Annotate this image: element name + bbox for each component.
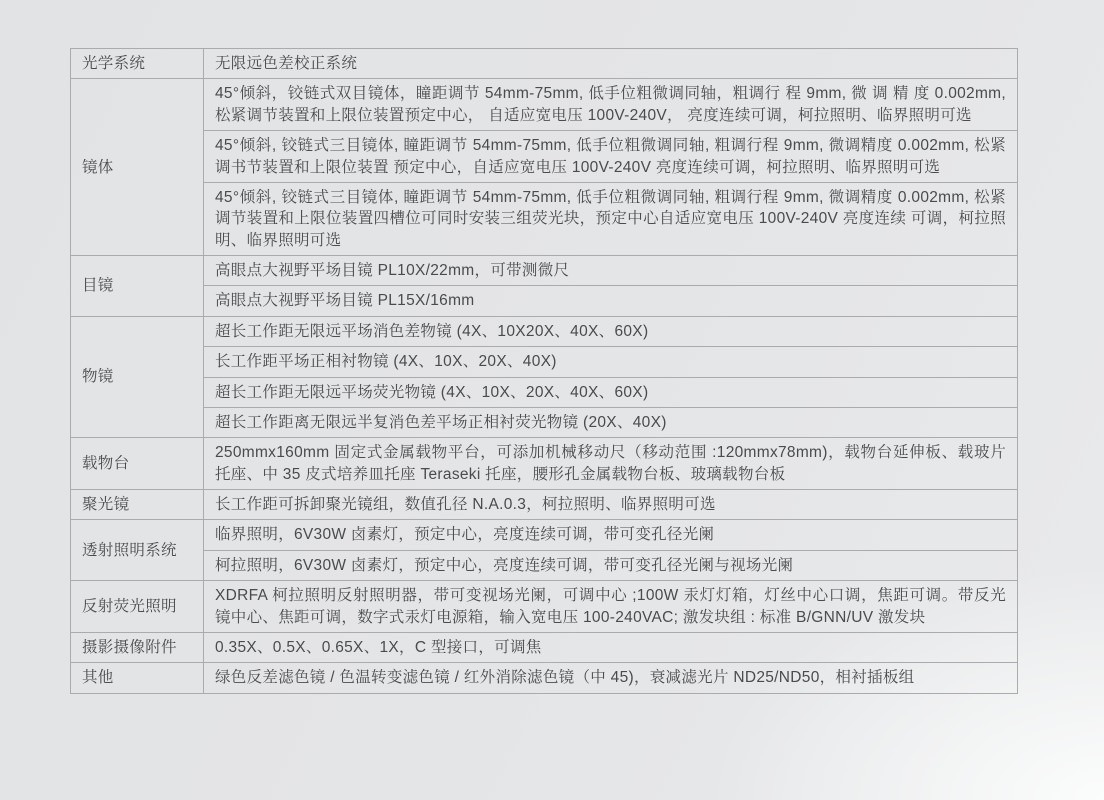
spec-sheet: 光学系统无限远色差校正系统镜体45°倾斜，铰链式双目镜体，瞳距调节 54mm-7… bbox=[70, 48, 1018, 694]
spec-value: 无限远色差校正系统 bbox=[204, 49, 1018, 79]
spec-value: 超长工作距离无限远半复消色差平场正相衬荧光物镜 (20X、40X) bbox=[204, 407, 1018, 437]
table-row: 柯拉照明，6V30W 卤素灯，预定中心，亮度连续可调，带可变孔径光阑与视场光阑 bbox=[71, 550, 1018, 580]
spec-value: 高眼点大视野平场目镜 PL15X/16mm bbox=[204, 286, 1018, 316]
spec-table: 光学系统无限远色差校正系统镜体45°倾斜，铰链式双目镜体，瞳距调节 54mm-7… bbox=[70, 48, 1018, 694]
spec-value: 超长工作距无限远平场消色差物镜 (4X、10X20X、40X、60X) bbox=[204, 316, 1018, 346]
table-row: 超长工作距无限远平场荧光物镜 (4X、10X、20X、40X、60X) bbox=[71, 377, 1018, 407]
spec-label: 摄影摄像附件 bbox=[71, 632, 204, 662]
spec-label: 其他 bbox=[71, 663, 204, 693]
table-row: 高眼点大视野平场目镜 PL15X/16mm bbox=[71, 286, 1018, 316]
table-row: 聚光镜长工作距可拆卸聚光镜组，数值孔径 N.A.0.3，柯拉照明、临界照明可选 bbox=[71, 490, 1018, 520]
table-row: 45°倾斜, 铰链式三目镜体, 瞳距调节 54mm-75mm, 低手位粗微调同轴… bbox=[71, 131, 1018, 183]
spec-value: 柯拉照明，6V30W 卤素灯，预定中心，亮度连续可调，带可变孔径光阑与视场光阑 bbox=[204, 550, 1018, 580]
spec-value: 高眼点大视野平场目镜 PL10X/22mm，可带测微尺 bbox=[204, 256, 1018, 286]
table-row: 透射照明系统临界照明，6V30W 卤素灯，预定中心，亮度连续可调，带可变孔径光阑 bbox=[71, 520, 1018, 550]
spec-label: 透射照明系统 bbox=[71, 520, 204, 581]
table-row: 超长工作距离无限远半复消色差平场正相衬荧光物镜 (20X、40X) bbox=[71, 407, 1018, 437]
spec-value: XDRFA 柯拉照明反射照明器，带可变视场光阑，可调中心 ;100W 汞灯灯箱，… bbox=[204, 581, 1018, 633]
spec-label: 聚光镜 bbox=[71, 490, 204, 520]
spec-label: 镜体 bbox=[71, 79, 204, 256]
table-row: 目镜高眼点大视野平场目镜 PL10X/22mm，可带测微尺 bbox=[71, 256, 1018, 286]
spec-value: 超长工作距无限远平场荧光物镜 (4X、10X、20X、40X、60X) bbox=[204, 377, 1018, 407]
spec-value: 250mmx160mm 固定式金属载物平台，可添加机械移动尺（移动范围 :120… bbox=[204, 438, 1018, 490]
spec-value: 45°倾斜, 铰链式三目镜体, 瞳距调节 54mm-75mm, 低手位粗微调同轴… bbox=[204, 182, 1018, 255]
table-row: 摄影摄像附件0.35X、0.5X、0.65X、1X，C 型接口，可调焦 bbox=[71, 632, 1018, 662]
spec-label: 光学系统 bbox=[71, 49, 204, 79]
table-row: 载物台250mmx160mm 固定式金属载物平台，可添加机械移动尺（移动范围 :… bbox=[71, 438, 1018, 490]
table-row: 45°倾斜, 铰链式三目镜体, 瞳距调节 54mm-75mm, 低手位粗微调同轴… bbox=[71, 182, 1018, 255]
table-row: 长工作距平场正相衬物镜 (4X、10X、20X、40X) bbox=[71, 347, 1018, 377]
table-row: 其他绿色反差滤色镜 / 色温转变滤色镜 / 红外消除滤色镜（中 45)，衰减滤光… bbox=[71, 663, 1018, 693]
spec-value: 45°倾斜，铰链式双目镜体，瞳距调节 54mm-75mm, 低手位粗微调同轴，粗… bbox=[204, 79, 1018, 131]
spec-value: 临界照明，6V30W 卤素灯，预定中心，亮度连续可调，带可变孔径光阑 bbox=[204, 520, 1018, 550]
spec-label: 目镜 bbox=[71, 256, 204, 317]
table-row: 反射荧光照明XDRFA 柯拉照明反射照明器，带可变视场光阑，可调中心 ;100W… bbox=[71, 581, 1018, 633]
spec-value: 0.35X、0.5X、0.65X、1X，C 型接口，可调焦 bbox=[204, 632, 1018, 662]
table-row: 光学系统无限远色差校正系统 bbox=[71, 49, 1018, 79]
table-row: 镜体45°倾斜，铰链式双目镜体，瞳距调节 54mm-75mm, 低手位粗微调同轴… bbox=[71, 79, 1018, 131]
spec-value: 绿色反差滤色镜 / 色温转变滤色镜 / 红外消除滤色镜（中 45)，衰减滤光片 … bbox=[204, 663, 1018, 693]
spec-value: 45°倾斜, 铰链式三目镜体, 瞳距调节 54mm-75mm, 低手位粗微调同轴… bbox=[204, 131, 1018, 183]
spec-label: 物镜 bbox=[71, 316, 204, 438]
spec-label: 反射荧光照明 bbox=[71, 581, 204, 633]
table-row: 物镜超长工作距无限远平场消色差物镜 (4X、10X20X、40X、60X) bbox=[71, 316, 1018, 346]
spec-label: 载物台 bbox=[71, 438, 204, 490]
spec-value: 长工作距平场正相衬物镜 (4X、10X、20X、40X) bbox=[204, 347, 1018, 377]
spec-value: 长工作距可拆卸聚光镜组，数值孔径 N.A.0.3，柯拉照明、临界照明可选 bbox=[204, 490, 1018, 520]
